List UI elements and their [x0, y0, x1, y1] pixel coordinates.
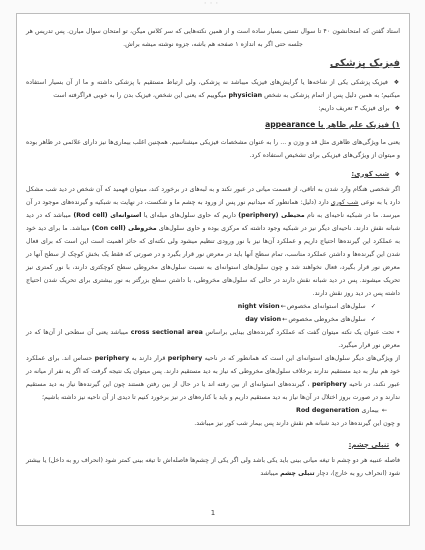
- vision-list-item-day: ✓ سلول‌های مخروطی مخصوص←day vision: [26, 313, 376, 326]
- physician-paragraph: ❖ فیزیک پزشکی یکی از شاخه‌ها یا گرایش‌ها…: [26, 76, 400, 102]
- appearance-paragraph: یعنی ما ویژگی‌های ظاهری مثل قد و وزن و .…: [26, 136, 400, 162]
- lazy-eye-heading: ❖ تنبلی چشم:: [26, 439, 400, 452]
- document-title: فیزیک پزشکی: [26, 56, 400, 71]
- definitions-bullet: ❖ برای فیزیک ۳ تعریف داریم:: [26, 102, 400, 115]
- page-number: 1: [17, 507, 409, 520]
- latin-term: (Rod cell): [73, 212, 107, 219]
- checkmark-icon: ✓: [371, 316, 376, 323]
- physician-text-tail: میگوییم که یعنی این شخص، فیزیک بدن را به…: [53, 92, 228, 99]
- intro-paragraph: استاد گفتن که امتحانشون ۴۰ تا سوال تستی …: [26, 25, 400, 51]
- diamond-bullet-icon: ❖: [395, 442, 400, 449]
- bold-term: تنبلی چشم: [280, 470, 315, 477]
- lazy-eye-paragraph: فاصله عنبیه هر دو چشم تا تیغه میانی بینی…: [26, 454, 400, 480]
- latin-term: periphery: [168, 355, 203, 362]
- body-text: میباشد. ما برای دید خود به عملکرد این گی…: [26, 225, 400, 297]
- document-title-text: فیزیک پزشکی: [330, 58, 400, 69]
- night-blindness-heading-text: شب کوری:: [351, 170, 389, 178]
- latin-term: cross sectional area: [131, 329, 203, 336]
- diamond-bullet-icon: ❖: [395, 105, 400, 112]
- definitions-text: برای فیزیک ۳ تعریف داریم:: [318, 105, 389, 112]
- heading-text: ۱) فیزیک علم ظاهر یا: [315, 120, 400, 129]
- physician-term: physician: [228, 92, 262, 99]
- heading-term: appearance: [265, 120, 315, 129]
- lazy-eye-heading-text: تنبلی چشم:: [349, 441, 390, 449]
- list-item-value: night vision: [238, 303, 280, 310]
- night-blindness-paragraph: اگر شخصی هنگام وارد شدن به اتاقی، از قسم…: [26, 183, 400, 300]
- body-text-tail: میباشد: [260, 470, 280, 477]
- list-item-label: سلول‌های مخروطی مخصوص: [288, 316, 365, 323]
- body-text: از ویژگی‌های دیگر سلول‌های استوانه‌ای ای…: [202, 355, 400, 362]
- latin-term: periphery: [95, 355, 130, 362]
- diamond-bullet-icon: ❖: [394, 79, 400, 86]
- latin-term: periphery: [312, 381, 347, 388]
- section-heading-appearance: ۱) فیزیک علم ظاهر یا appearance: [26, 118, 400, 132]
- list-item-value: day vision: [245, 316, 281, 323]
- document-page: استاد گفتن که امتحانشون ۴۰ تا سوال تستی …: [16, 13, 410, 526]
- bold-term: مخروطی: [126, 225, 157, 232]
- diamond-bullet-icon: ❖: [395, 171, 400, 178]
- list-item-label: سلول‌های استوانه‌ای مخصوص: [287, 303, 366, 310]
- disease-label: بیماری: [360, 407, 379, 414]
- bold-term: محیطی: [279, 212, 305, 219]
- checkmark-icon: ✓: [371, 303, 376, 310]
- underlined-term: شب کوری: [331, 199, 359, 206]
- note-paragraph: ٭ تحت عنوان یک نکته میتوان گفت که عملکرد…: [26, 326, 400, 352]
- night-blindness-heading: ❖ شب کوری:: [26, 168, 400, 181]
- body-text: قرار دارند به: [129, 355, 168, 362]
- body-text: فاصله عنبیه هر دو چشم تا تیغه میانی بینی…: [26, 457, 400, 477]
- left-arrow-icon: ←: [381, 407, 388, 414]
- disease-name: Rod degeneration: [296, 407, 360, 414]
- conclusion-line: و چون این گیرنده‌ها در دید شبانه هم نقش …: [26, 417, 400, 430]
- latin-term: (periphery): [238, 212, 278, 219]
- body-text: داریم که حاوی سلول‌های میله‌ای یا: [141, 212, 238, 219]
- periphery-paragraph: از ویژگی‌های دیگر سلول‌های استوانه‌ای ای…: [26, 352, 400, 404]
- bold-term: استوانه‌ای: [108, 212, 142, 219]
- latin-term: (Con cell): [92, 225, 126, 232]
- left-arrow-icon: ←: [280, 303, 287, 310]
- note-text: ٭ تحت عنوان یک نکته میتوان گفت که عملکرد…: [203, 329, 400, 336]
- vision-list-item-night: ✓ سلول‌های استوانه‌ای مخصوص←night vision: [26, 300, 376, 313]
- rod-degeneration-line: ← بیماری Rod degeneration: [26, 404, 388, 417]
- window-dots-menu-icon[interactable]: ···: [0, 0, 425, 12]
